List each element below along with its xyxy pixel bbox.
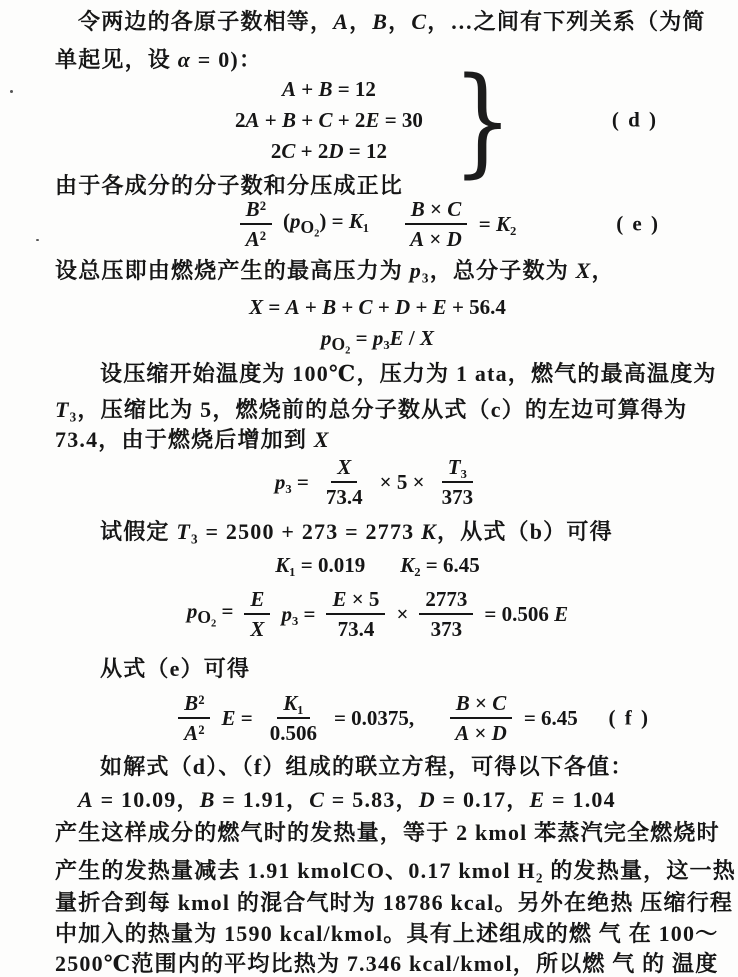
equation-e: B² A² (pO₂) = K₁ B × C A × D = K₂ ( e ) (55, 194, 700, 254)
scan-speck (36, 239, 39, 241)
fraction-numerator: B × C (405, 198, 468, 225)
equation-part: pO₂ = p₃E / X (321, 326, 434, 355)
paragraph-text: 单起见，设 α = 0)： (55, 46, 262, 73)
equation-label-d: ( d ) (612, 108, 658, 133)
paragraph-text: 如解式（d）、（f）组成的联立方程，可得以下各值： (100, 753, 634, 780)
equation-line: A + B = 12 (282, 74, 376, 105)
paragraph-text: 令两边的各原子数相等，A，B，C，…之间有下列关系（为简 (78, 8, 706, 35)
equation-part: K₂ = 6.45 (400, 553, 480, 578)
fraction-denominator: A² (178, 719, 210, 744)
equation-part: (pO₂) = K₁ (283, 209, 369, 238)
fraction-numerator: E × 5 (326, 588, 385, 615)
paragraph-text: 设总压即由燃烧产生的最高压力为 p₃，总分子数为 X， (55, 257, 615, 284)
equation-part: × 5 × (380, 470, 425, 495)
paragraph-text: 2500℃范围内的平均比热为 7.346 kcal/kmol，所以燃 气 的 温… (55, 950, 718, 977)
fraction-numerator: E (244, 588, 270, 615)
fraction: B × C A × D (404, 198, 468, 250)
paragraph-text: 设压缩开始温度为 100℃，压力为 1 ata，燃气的最高温度为 (100, 360, 717, 387)
paragraph-text: 从式（e）可得 (100, 655, 250, 682)
equation-part: K₁ = 0.019 (275, 553, 365, 578)
fraction-denominator: X (244, 615, 270, 640)
fraction: E × 5 73.4 (326, 588, 385, 640)
fraction: X 73.4 (320, 456, 369, 508)
fraction-numerator: B² (240, 198, 272, 225)
fraction-denominator: A × D (404, 225, 468, 250)
paragraph-text: T₃，压缩比为 5，燃烧前的总分子数从式（c）的左边可算得为 (55, 396, 687, 423)
fraction-numerator: T₃ (442, 456, 473, 483)
paragraph-text: 73.4，由于燃烧后增加到 X (55, 426, 330, 453)
equation-part: × (396, 602, 408, 627)
fraction: B² A² (240, 198, 272, 250)
fraction-denominator: 73.4 (320, 483, 369, 508)
equation-part: = 0.506 E (484, 602, 568, 627)
equation-x-total: X = A + B + C + D + E + 56.4 (55, 293, 700, 321)
fraction-numerator: K₁ (277, 692, 309, 719)
fraction: B × C A × D (449, 692, 513, 744)
fraction-numerator: B × C (450, 692, 513, 719)
fraction-denominator: 373 (425, 615, 469, 640)
equation-system-d: A + B = 12 2A + B + C + 2E = 30 2C + 2D … (55, 72, 700, 168)
equation-line: 2C + 2D = 12 (271, 136, 387, 167)
fraction: T₃ 373 (436, 456, 480, 508)
right-brace: } (452, 75, 512, 165)
equation-part: X = A + B + C + D + E + 56.4 (249, 295, 506, 320)
fraction-numerator: 2773 (419, 588, 473, 615)
fraction: E X (244, 588, 270, 640)
equation-line: 2A + B + C + 2E = 30 (235, 105, 423, 136)
fraction-denominator: A² (240, 225, 272, 250)
fraction-denominator: A × D (449, 719, 513, 744)
equation-part: p₃ = (281, 602, 315, 627)
fraction: B² A² (178, 692, 210, 744)
paragraph-text: 产生的发热量减去 1.91 kmolCO、0.17 kmol H₂ 的发热量，这… (55, 857, 736, 884)
fraction-denominator: 73.4 (332, 615, 381, 640)
document-page: 令两边的各原子数相等，A，B，C，…之间有下列关系（为简 单起见，设 α = 0… (0, 0, 738, 977)
fraction-denominator: 373 (436, 483, 480, 508)
equation-k-values: K₁ = 0.019 K₂ = 6.45 (55, 551, 700, 579)
paragraph-text: 产生这样成分的燃气时的发热量，等于 2 kmol 苯蒸汽完全燃烧时 (55, 819, 720, 846)
solution-values-line: A = 10.09，B = 1.91，C = 5.83，D = 0.17，E =… (78, 786, 616, 813)
paragraph-text: 中加入的热量为 1590 kcal/kmol。具有上述组成的燃 气 在 100～ (55, 920, 718, 947)
equation-po2-calc: pO₂ = E X p₃ = E × 5 73.4 × 2773 373 = 0… (55, 582, 700, 646)
equation-part: = 6.45 (524, 706, 578, 731)
fraction-numerator: B² (178, 692, 210, 719)
paragraph-text: 试假定 T₃ = 2500 + 273 = 2773 K，从式（b）可得 (100, 518, 613, 545)
equation-label-e: ( e ) (616, 212, 660, 237)
paragraph-text: 量折合到每 kmol 的混合气时为 18786 kcal。另外在绝热 压缩行程 (55, 889, 733, 916)
scan-speck (296, 432, 299, 434)
equation-part: E = (221, 706, 252, 731)
equation-lines: A + B = 12 2A + B + C + 2E = 30 2C + 2D … (235, 74, 423, 167)
fraction-denominator: 0.506 (264, 719, 323, 744)
equation-label-f: ( f ) (609, 706, 650, 731)
equation-part: p₃ = (275, 470, 309, 495)
equation-po2: pO₂ = p₃E / X (55, 326, 700, 356)
equation-part: pO₂ = (187, 599, 234, 628)
equation-f: B² A² E = K₁ 0.506 = 0.0375, B × C A × D… (55, 686, 700, 750)
fraction: K₁ 0.506 (264, 692, 323, 744)
fraction-numerator: X (331, 456, 357, 483)
equation-p3: p₃ = X 73.4 × 5 × T₃ 373 (55, 450, 700, 514)
equation-part: = 0.0375, (334, 706, 414, 731)
scan-speck (10, 90, 13, 93)
equation-part: = K₂ (479, 212, 517, 237)
fraction: 2773 373 (419, 588, 473, 640)
